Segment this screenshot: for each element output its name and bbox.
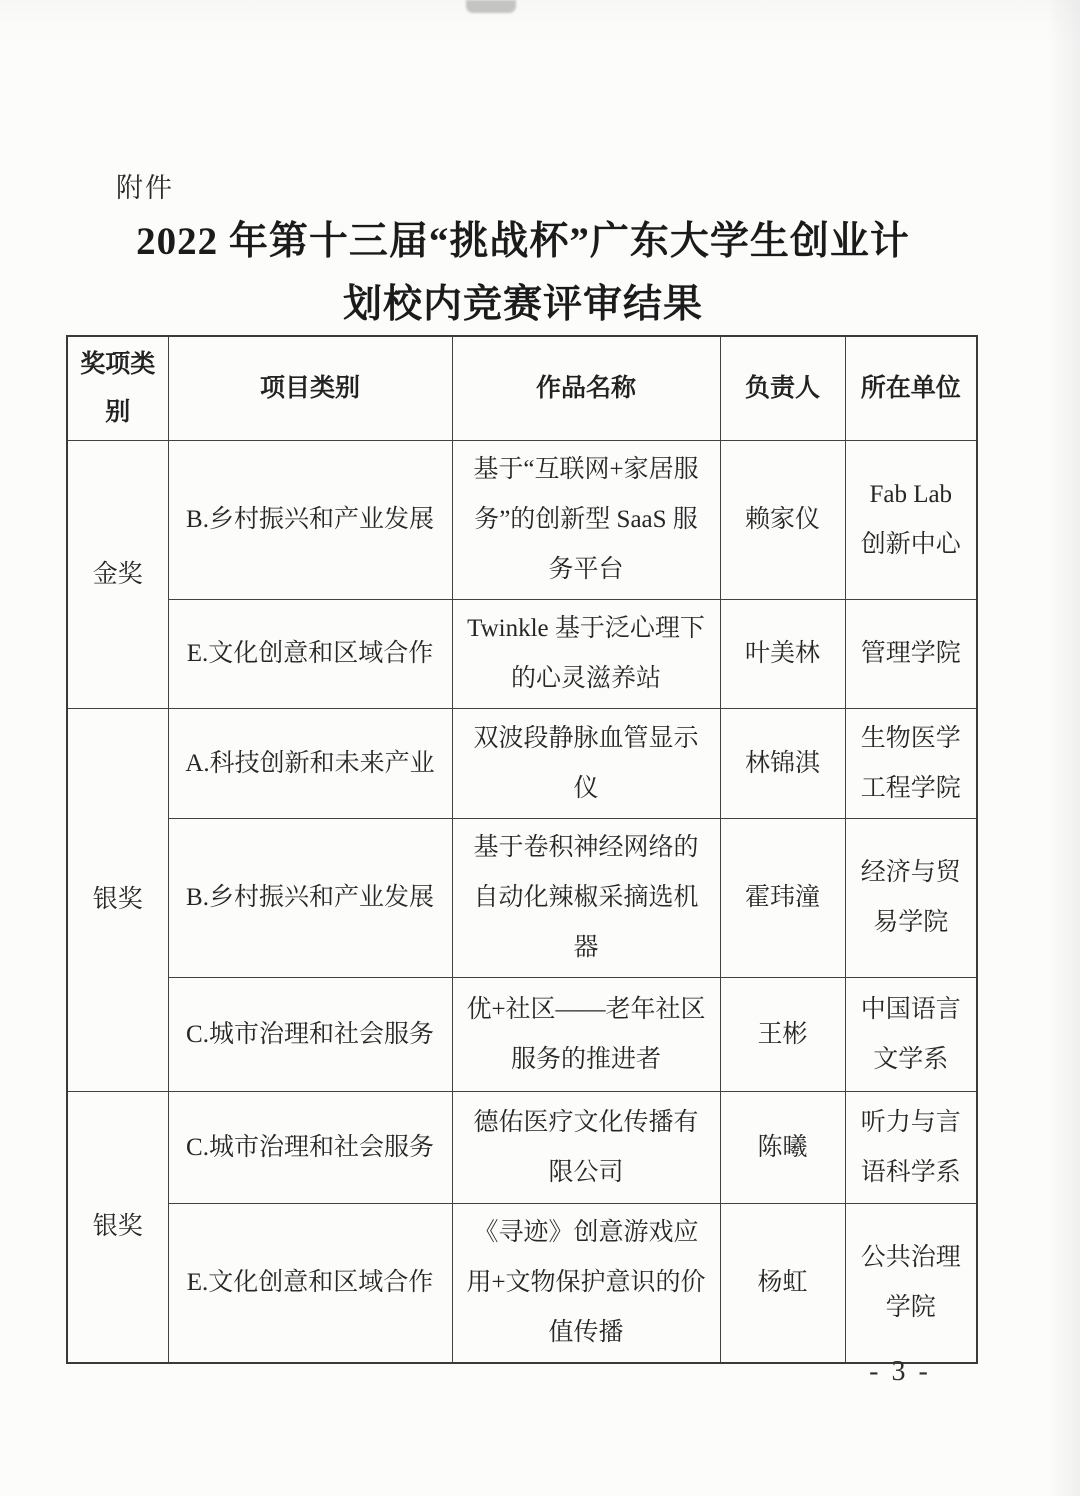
work-title-cell: Twinkle 基于泛心理下的心灵滋养站 xyxy=(452,600,720,709)
work-title-cell: 基于卷积神经网络的自动化辣椒采摘选机器 xyxy=(452,819,720,978)
unit-cell: Fab Lab 创新中心 xyxy=(845,441,977,600)
work-title-cell: 《寻迹》创意游戏应用+文物保护意识的价值传播 xyxy=(452,1204,720,1364)
table-row: B.乡村振兴和产业发展 基于卷积神经网络的自动化辣椒采摘选机器 霍玮潼 经济与贸… xyxy=(67,819,977,978)
page-number: - 3 - xyxy=(830,1356,970,1388)
project-category-cell: B.乡村振兴和产业发展 xyxy=(168,441,452,600)
award-cell: 金奖 xyxy=(67,441,168,709)
table-row: E.文化创意和区域合作 《寻迹》创意游戏应用+文物保护意识的价值传播 杨虹 公共… xyxy=(67,1204,977,1364)
project-category-cell: E.文化创意和区域合作 xyxy=(168,1204,452,1364)
column-header-leader: 负责人 xyxy=(720,336,845,441)
work-title-cell: 基于“互联网+家居服务”的创新型 SaaS 服务平台 xyxy=(452,441,720,600)
column-header-unit: 所在单位 xyxy=(845,336,977,441)
table-row: 银奖 C.城市治理和社会服务 德佑医疗文化传播有限公司 陈曦 听力与言语科学系 xyxy=(67,1092,977,1204)
project-category-cell: C.城市治理和社会服务 xyxy=(168,978,452,1092)
award-cell: 银奖 xyxy=(67,709,168,1092)
leader-cell: 王彬 xyxy=(720,978,845,1092)
page-title-line-2: 划校内竞赛评审结果 xyxy=(40,273,1006,336)
scan-smudge xyxy=(466,0,516,13)
leader-cell: 林锦淇 xyxy=(720,709,845,819)
unit-cell: 公共治理学院 xyxy=(845,1204,977,1364)
project-category-cell: C.城市治理和社会服务 xyxy=(168,1092,452,1204)
table-row: C.城市治理和社会服务 优+社区——老年社区服务的推进者 王彬 中国语言文学系 xyxy=(67,978,977,1092)
table-row: 银奖 A.科技创新和未来产业 双波段静脉血管显示仪 林锦淇 生物医学工程学院 xyxy=(67,709,977,819)
column-header-work: 作品名称 xyxy=(452,336,720,441)
column-header-award: 奖项类别 xyxy=(67,336,168,441)
leader-cell: 陈曦 xyxy=(720,1092,845,1204)
unit-cell: 经济与贸易学院 xyxy=(845,819,977,978)
work-title-cell: 优+社区——老年社区服务的推进者 xyxy=(452,978,720,1092)
work-title-cell: 德佑医疗文化传播有限公司 xyxy=(452,1092,720,1204)
work-title-cell: 双波段静脉血管显示仪 xyxy=(452,709,720,819)
award-cell: 银奖 xyxy=(67,1092,168,1364)
leader-cell: 霍玮潼 xyxy=(720,819,845,978)
results-table: 奖项类别 项目类别 作品名称 负责人 所在单位 金奖 B.乡村振兴和产业发展 基… xyxy=(66,335,978,1364)
page-title: 2022 年第十三届“挑战杯”广东大学生创业计 划校内竞赛评审结果 xyxy=(40,210,1006,336)
leader-cell: 赖家仪 xyxy=(720,441,845,600)
column-header-project: 项目类别 xyxy=(168,336,452,441)
attachment-label: 附件 xyxy=(116,166,174,205)
scanned-document-page: { "page": { "attachment_label": "附件", "t… xyxy=(0,0,1080,1496)
unit-cell: 管理学院 xyxy=(845,600,977,709)
project-category-cell: B.乡村振兴和产业发展 xyxy=(168,819,452,978)
unit-cell: 中国语言文学系 xyxy=(845,978,977,1092)
leader-cell: 叶美林 xyxy=(720,600,845,709)
results-table-container: 奖项类别 项目类别 作品名称 负责人 所在单位 金奖 B.乡村振兴和产业发展 基… xyxy=(66,335,976,1364)
project-category-cell: A.科技创新和未来产业 xyxy=(168,709,452,819)
page-title-line-1: 2022 年第十三届“挑战杯”广东大学生创业计 xyxy=(40,210,1006,273)
leader-cell: 杨虹 xyxy=(720,1204,845,1364)
unit-cell: 生物医学工程学院 xyxy=(845,709,977,819)
unit-cell: 听力与言语科学系 xyxy=(845,1092,977,1204)
table-row: 金奖 B.乡村振兴和产业发展 基于“互联网+家居服务”的创新型 SaaS 服务平… xyxy=(67,441,977,600)
project-category-cell: E.文化创意和区域合作 xyxy=(168,600,452,709)
table-row: E.文化创意和区域合作 Twinkle 基于泛心理下的心灵滋养站 叶美林 管理学… xyxy=(67,600,977,709)
table-header-row: 奖项类别 项目类别 作品名称 负责人 所在单位 xyxy=(67,336,977,441)
